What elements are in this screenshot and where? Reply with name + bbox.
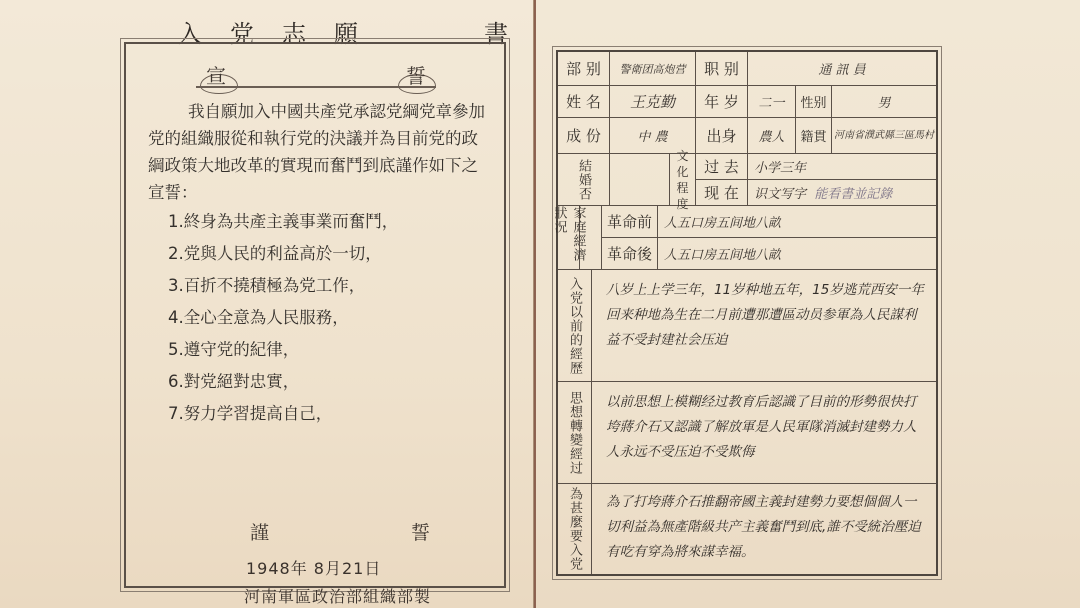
history-label: 入党以前的經歷: [558, 270, 592, 382]
unit-value: 警衛团高炮营: [610, 52, 696, 86]
oath-heading-char: 宣: [206, 60, 226, 89]
motive-value: 為了打垮蔣介石推翻帝國主義封建勢力要想個個人一切利益為無產階級共产主義奮鬥到底,…: [606, 490, 928, 565]
thought-value: 以前思想上模糊经过教育后認識了目前的形勢很快打垮蔣介石又認識了解放軍是人民軍隊消…: [606, 390, 928, 465]
edu-now-label: 现 在: [696, 180, 748, 206]
name-label: 姓 名: [558, 86, 610, 118]
oath-heading-char: 誓: [406, 60, 426, 89]
marital-label-text: 結婚否: [574, 159, 593, 201]
edu-now-value: 识文写字 能看書並記錄: [748, 180, 936, 206]
edu-now-text: 识文写字: [754, 183, 806, 202]
name-value: 王克勤: [610, 86, 696, 118]
oath-item: 5.遵守党的紀律，: [148, 334, 488, 366]
history-label-text: 入党以前的經歷: [565, 277, 584, 375]
edu-past-label: 过 去: [696, 154, 748, 180]
after-revolution-label: 革命後: [602, 238, 658, 270]
oath-item: 4.全心全意為人民服務，: [148, 302, 488, 334]
age-value: 二一: [748, 86, 796, 118]
sign-char: 謹: [250, 518, 269, 545]
oath-body: 我自願加入中國共產党承認党綱党章參加党的組織服從和執行党的決議并為目前党的政綱政…: [148, 98, 488, 430]
age-label: 年 岁: [696, 86, 748, 118]
issuer-footer: 河南軍區政治部組織部製: [244, 584, 431, 607]
education-label: 文化程度: [670, 154, 696, 206]
oath-item: 1.終身為共產主義事業而奮鬥，: [148, 206, 488, 238]
thought-label: 思想轉變經过: [558, 382, 592, 484]
heading-rule: [196, 86, 436, 88]
position-value: 通 訊 員: [748, 52, 936, 86]
class-label: 成 份: [558, 118, 610, 154]
motive-label: 為甚麼要入党: [558, 484, 592, 574]
marital-label: 結婚否: [558, 154, 610, 206]
family-label-a: 家庭經濟狀況: [558, 206, 580, 270]
before-revolution-label: 革命前: [602, 206, 658, 238]
oath-intro: 我自願加入中國共產党承認党綱党章參加党的組織服從和執行党的決議并為目前党的政綱政…: [148, 98, 488, 206]
origin-label: 出身: [696, 118, 748, 154]
unit-label: 部 别: [558, 52, 610, 86]
oath-heading: 宣 誓: [206, 60, 426, 89]
family-label-b: [580, 206, 602, 270]
thought-label-text: 思想轉變經过: [565, 391, 584, 475]
oath-date: 1948年 8月21日: [246, 556, 381, 579]
sign-label: 謹 誓: [250, 518, 430, 545]
edu-now-note: 能看書並記錄: [814, 183, 892, 202]
native-label: 籍貫: [796, 118, 832, 154]
oath-item: 6.對党絕對忠實，: [148, 366, 488, 398]
position-label: 职 别: [696, 52, 748, 86]
origin-value: 農人: [748, 118, 796, 154]
history-value: 八岁上上学三年，11岁种地五年，15岁逃荒西安一年回来种地為生在二月前遭那遭區动…: [606, 278, 928, 353]
info-table: 部 别 警衛团高炮营 职 别 通 訊 員 姓 名 王克勤 年 岁 二一 性别 男…: [556, 50, 938, 576]
before-revolution-value: 人五口房五间地八畝: [658, 206, 936, 238]
sex-value: 男: [832, 86, 936, 118]
native-value: 河南省濮武縣三區馬村: [832, 118, 936, 154]
left-page: 入 党 志 願 書 宣 誓 我自願加入中國共產党承認党綱党章參加党的組織服從和執…: [0, 0, 536, 608]
oath-item: 7.努力学習提高自己，: [148, 398, 488, 430]
sex-label: 性别: [796, 86, 832, 118]
oath-box: 宣 誓 我自願加入中國共產党承認党綱党章參加党的組織服從和執行党的決議并為目前党…: [124, 42, 506, 588]
edu-past-value: 小学三年: [748, 154, 936, 180]
after-revolution-value: 人五口房五间地八畝: [658, 238, 936, 270]
sign-char: 誓: [411, 518, 430, 545]
oath-item: 2.党與人民的利益高於一切，: [148, 238, 488, 270]
marital-value: [610, 154, 670, 206]
motive-label-text: 為甚麼要入党: [565, 487, 584, 571]
oath-item: 3.百折不撓積極為党工作，: [148, 270, 488, 302]
